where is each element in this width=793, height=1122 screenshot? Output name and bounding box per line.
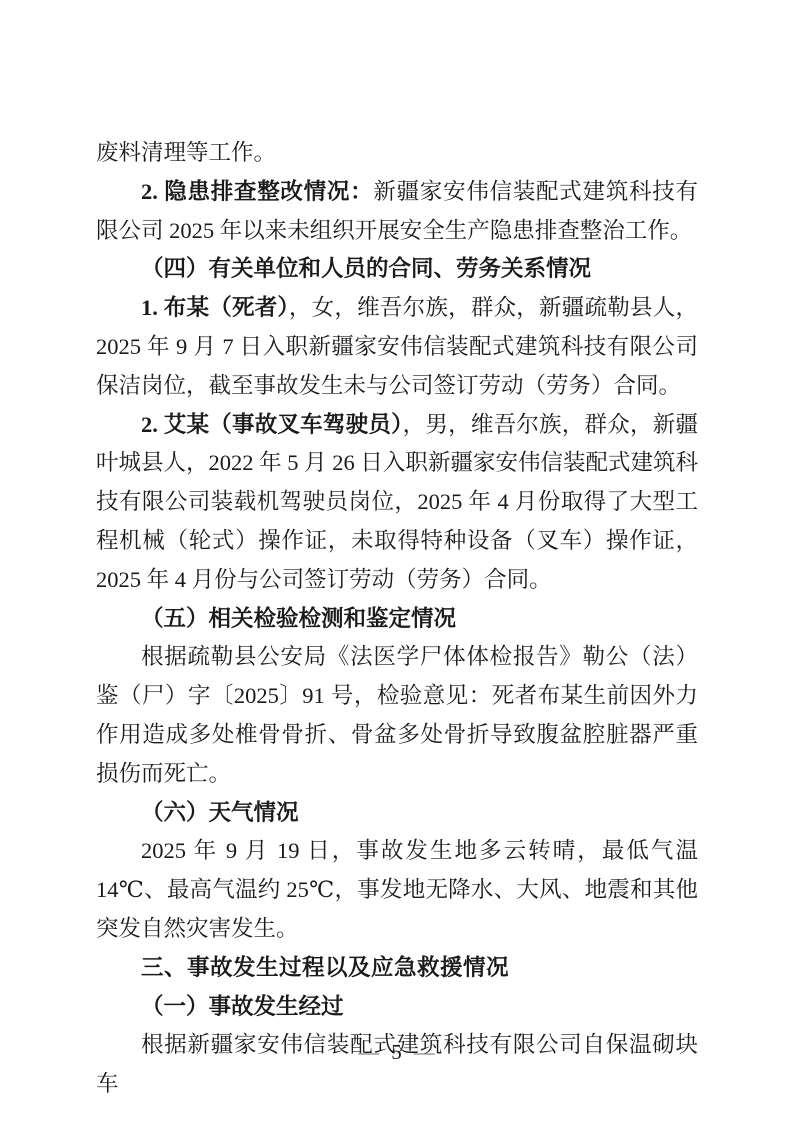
paragraph-weather: 2025 年 9 月 19 日，事故发生地多云转晴，最低气温 14℃、最高气温约… <box>96 832 698 948</box>
footer-right-dash: — <box>402 1040 447 1064</box>
document-body: 废料清理等工作。 2. 隐患排查整改情况：新疆家安伟信装配式建筑科技有限公司 2… <box>96 134 698 1104</box>
run-in-heading: 2. 隐患排查整改情况： <box>141 179 373 204</box>
run-in-heading: 2. 艾某（事故叉车驾驶员） <box>141 412 403 437</box>
section-heading-one: （一）事故发生经过 <box>96 988 698 1027</box>
paragraph-accident-process: 根据新疆家安伟信装配式建筑科技有限公司自保温砌块车 <box>96 1026 698 1104</box>
page-number: 5 <box>391 1040 402 1064</box>
paragraph-forklift-driver: 2. 艾某（事故叉车驾驶员），男，维吾尔族，群众，新疆叶城县人，2022 年 5… <box>96 406 698 600</box>
paragraph-forensic: 根据疏勒县公安局《法医学尸体体检报告》勒公（法）鉴（尸）字〔2025〕91 号，… <box>96 638 698 793</box>
section-heading-five: （五）相关检验检测和鉴定情况 <box>96 600 698 639</box>
paragraph-text: ，男，维吾尔族，群众，新疆叶城县人，2022 年 5 月 26 日入职新疆家安伟… <box>96 412 698 592</box>
paragraph-victim: 1. 布某（死者），女，维吾尔族，群众，新疆疏勒县人，2025 年 9 月 7 … <box>96 289 698 405</box>
section-heading-four: （四）有关单位和人员的合同、劳务关系情况 <box>96 250 698 289</box>
chapter-heading-three: 三、事故发生过程以及应急救援情况 <box>96 949 698 988</box>
paragraph-continuation: 废料清理等工作。 <box>96 134 698 173</box>
section-heading-six: （六）天气情况 <box>96 794 698 833</box>
document-page: 废料清理等工作。 2. 隐患排查整改情况：新疆家安伟信装配式建筑科技有限公司 2… <box>0 0 793 1122</box>
footer-left-dash: — <box>346 1040 391 1064</box>
paragraph-hidden-danger: 2. 隐患排查整改情况：新疆家安伟信装配式建筑科技有限公司 2025 年以来未组… <box>96 173 698 251</box>
run-in-heading: 1. 布某（死者） <box>141 295 289 320</box>
page-footer: —5— <box>0 1040 793 1065</box>
